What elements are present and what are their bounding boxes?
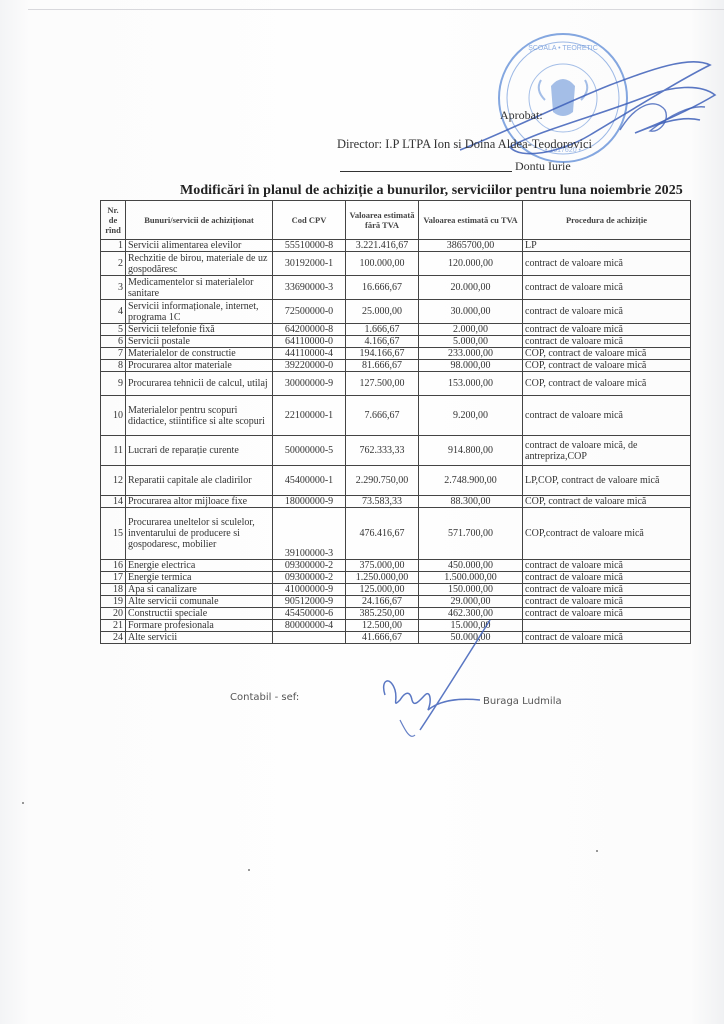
accountant-label: Contabil - sef: xyxy=(230,692,299,703)
accountant-name: Buraga Ludmila xyxy=(483,696,562,707)
value-vat: 20.000,00 xyxy=(419,276,523,300)
row-number: 17 xyxy=(101,572,126,584)
row-number: 8 xyxy=(101,360,126,372)
scan-edge xyxy=(28,9,724,10)
procedure: COP, contract de valoare mică xyxy=(523,360,691,372)
value-no-vat: 100.000,00 xyxy=(346,252,419,276)
value-vat: 150.000,00 xyxy=(419,584,523,596)
value-no-vat: 3.221.416,67 xyxy=(346,240,419,252)
director-line: Director: I.P LTPA Ion si Doina Aldea-Te… xyxy=(337,137,592,152)
value-no-vat: 194.166,67 xyxy=(346,348,419,360)
value-no-vat: 375.000,00 xyxy=(346,560,419,572)
cpv-code: 30192000-1 xyxy=(273,252,346,276)
cpv-code: 80000000-4 xyxy=(273,620,346,632)
value-vat: 88.300,00 xyxy=(419,496,523,508)
item-name: Rechzitie de birou, materiale de uz gosp… xyxy=(126,252,273,276)
table-row: 16Energie electrica09300000-2375.000,004… xyxy=(101,560,691,572)
cpv-code: 90512000-9 xyxy=(273,596,346,608)
item-name: Formare profesionala xyxy=(126,620,273,632)
row-number: 12 xyxy=(101,466,126,496)
procedure: COP, contract de valoare mică xyxy=(523,348,691,360)
table-row: 7 Materialelor de constructie44110000-41… xyxy=(101,348,691,360)
table-row: 14Procurarea altor mijloace fixe18000000… xyxy=(101,496,691,508)
item-name: Servicii informaționale, internet, progr… xyxy=(126,300,273,324)
cpv-code: 72500000-0 xyxy=(273,300,346,324)
header-nr: Nr. de rînd xyxy=(101,201,126,240)
row-number: 24 xyxy=(101,632,126,644)
row-number: 3 xyxy=(101,276,126,300)
cpv-code: 45400000-1 xyxy=(273,466,346,496)
table-row: 17Energie termica09300000-21.250.000,001… xyxy=(101,572,691,584)
value-no-vat: 125.000,00 xyxy=(346,584,419,596)
row-number: 1 xyxy=(101,240,126,252)
header-value-vat: Valoarea estimată cu TVA xyxy=(419,201,523,240)
table-row: 10Materialelor pentru scopuri didactice,… xyxy=(101,396,691,436)
procedure: contract de valoare mică xyxy=(523,276,691,300)
cpv-code: 64110000-0 xyxy=(273,336,346,348)
item-name: Lucrari de reparație curente xyxy=(126,436,273,466)
row-number: 14 xyxy=(101,496,126,508)
procedure: COP, contract de valoare mică xyxy=(523,496,691,508)
item-name: Medicamentelor si materialelor sanitare xyxy=(126,276,273,300)
row-number: 10 xyxy=(101,396,126,436)
header-cpv: Cod CPV xyxy=(273,201,346,240)
scan-dust xyxy=(248,869,250,871)
cpv-code: 22100000-1 xyxy=(273,396,346,436)
procedure: contract de valoare mică xyxy=(523,608,691,620)
cpv-code: 44110000-4 xyxy=(273,348,346,360)
table-header-row: Nr. de rînd Bunuri/servicii de achizițio… xyxy=(101,201,691,240)
procedure: COP,contract de valoare mică xyxy=(523,508,691,560)
header-value-no-vat: Valoarea estimată fără TVA xyxy=(346,201,419,240)
item-name: Materialelor pentru scopuri didactice, s… xyxy=(126,396,273,436)
row-number: 15 xyxy=(101,508,126,560)
value-vat: 120.000,00 xyxy=(419,252,523,276)
procedure: contract de valoare mică xyxy=(523,396,691,436)
table-row: 12Reparatii capitale ale cladirilor45400… xyxy=(101,466,691,496)
document-title: Modificări în planul de achiziție a bunu… xyxy=(180,183,683,199)
table-row: 4Servicii informaționale, internet, prog… xyxy=(101,300,691,324)
row-number: 5 xyxy=(101,324,126,336)
row-number: 7 xyxy=(101,348,126,360)
row-number: 19 xyxy=(101,596,126,608)
row-number: 4 xyxy=(101,300,126,324)
item-name: Servicii alimentarea elevilor xyxy=(126,240,273,252)
procedure: contract de valoare mică, de antrepriza,… xyxy=(523,436,691,466)
value-no-vat: 7.666,67 xyxy=(346,396,419,436)
item-name: Reparatii capitale ale cladirilor xyxy=(126,466,273,496)
item-name: Procurarea altor materiale xyxy=(126,360,273,372)
value-no-vat: 1.250.000,00 xyxy=(346,572,419,584)
table-row: 11Lucrari de reparație curente50000000-5… xyxy=(101,436,691,466)
header-name: Bunuri/servicii de achiziționat xyxy=(126,201,273,240)
value-no-vat: 476.416,67 xyxy=(346,508,419,560)
row-number: 20 xyxy=(101,608,126,620)
table-row: 8Procurarea altor materiale39220000-081.… xyxy=(101,360,691,372)
item-name: Procurarea altor mijloace fixe xyxy=(126,496,273,508)
item-name: Constructii speciale xyxy=(126,608,273,620)
item-name: Servicii postale xyxy=(126,336,273,348)
table-row: 6Servicii postale64110000-04.166,675.000… xyxy=(101,336,691,348)
item-name: Energie termica xyxy=(126,572,273,584)
table-row: 15Procurarea uneltelor si sculelor, inve… xyxy=(101,508,691,560)
value-vat: 233.000,00 xyxy=(419,348,523,360)
item-name: Procurarea uneltelor si sculelor, invent… xyxy=(126,508,273,560)
value-no-vat: 4.166,67 xyxy=(346,336,419,348)
scan-dust xyxy=(22,802,24,804)
row-number: 16 xyxy=(101,560,126,572)
cpv-code: 30000000-9 xyxy=(273,372,346,396)
cpv-code: 09300000-2 xyxy=(273,572,346,584)
value-vat: 2.748.900,00 xyxy=(419,466,523,496)
cpv-code: 39220000-0 xyxy=(273,360,346,372)
procedure: LP,COP, contract de valoare mică xyxy=(523,466,691,496)
scanned-page: ŞCOALA • TEORETIC • 1017620 • Aprobat: D… xyxy=(0,0,724,1024)
value-vat: 5.000,00 xyxy=(419,336,523,348)
item-name: Alte servicii xyxy=(126,632,273,644)
scan-dust xyxy=(596,850,598,852)
item-name: Energie electrica xyxy=(126,560,273,572)
table-row: 2Rechzitie de birou, materiale de uz gos… xyxy=(101,252,691,276)
value-vat: 2.000,00 xyxy=(419,324,523,336)
value-vat: 571.700,00 xyxy=(419,508,523,560)
cpv-code: 33690000-3 xyxy=(273,276,346,300)
procedure: contract de valoare mică xyxy=(523,560,691,572)
cpv-code: 39100000-3 xyxy=(273,508,346,560)
row-number: 9 xyxy=(101,372,126,396)
cpv-code: 45450000-6 xyxy=(273,608,346,620)
value-no-vat: 73.583,33 xyxy=(346,496,419,508)
value-no-vat: 81.666,67 xyxy=(346,360,419,372)
item-name: Alte servicii comunale xyxy=(126,596,273,608)
cpv-code: 50000000-5 xyxy=(273,436,346,466)
table-row: 3Medicamentelor si materialelor sanitare… xyxy=(101,276,691,300)
item-name: Materialelor de constructie xyxy=(126,348,273,360)
cpv-code xyxy=(273,632,346,644)
procedure: contract de valoare mică xyxy=(523,584,691,596)
value-no-vat: 762.333,33 xyxy=(346,436,419,466)
table-row: 18Apa si canalizare41000000-9125.000,001… xyxy=(101,584,691,596)
procedure: contract de valoare mică xyxy=(523,300,691,324)
value-no-vat: 1.666,67 xyxy=(346,324,419,336)
table-row: 9Procurarea tehnicii de calcul, utilaj30… xyxy=(101,372,691,396)
row-number: 18 xyxy=(101,584,126,596)
cpv-code: 55510000-8 xyxy=(273,240,346,252)
value-no-vat: 25.000,00 xyxy=(346,300,419,324)
signature-line xyxy=(340,171,512,172)
table-row: 5Servicii telefonie fixă64200000-81.666,… xyxy=(101,324,691,336)
value-vat: 30.000,00 xyxy=(419,300,523,324)
procedure: COP, contract de valoare mică xyxy=(523,372,691,396)
procedure: contract de valoare mică xyxy=(523,632,691,644)
item-name: Procurarea tehnicii de calcul, utilaj xyxy=(126,372,273,396)
cpv-code: 18000000-9 xyxy=(273,496,346,508)
director-signature-icon xyxy=(420,35,720,175)
row-number: 2 xyxy=(101,252,126,276)
value-vat: 153.000,00 xyxy=(419,372,523,396)
row-number: 6 xyxy=(101,336,126,348)
value-vat: 1.500.000,00 xyxy=(419,572,523,584)
accountant-signature-icon xyxy=(370,600,510,750)
value-vat: 98.000,00 xyxy=(419,360,523,372)
procedure: contract de valoare mică xyxy=(523,324,691,336)
item-name: Servicii telefonie fixă xyxy=(126,324,273,336)
row-number: 21 xyxy=(101,620,126,632)
item-name: Apa si canalizare xyxy=(126,584,273,596)
cpv-code: 09300000-2 xyxy=(273,560,346,572)
procedure: contract de valoare mică xyxy=(523,336,691,348)
value-vat: 914.800,00 xyxy=(419,436,523,466)
procedure: LP xyxy=(523,240,691,252)
value-no-vat: 127.500,00 xyxy=(346,372,419,396)
procedure: contract de valoare mică xyxy=(523,572,691,584)
value-no-vat: 16.666,67 xyxy=(346,276,419,300)
cpv-code: 64200000-8 xyxy=(273,324,346,336)
value-vat: 9.200,00 xyxy=(419,396,523,436)
procedure: contract de valoare mică xyxy=(523,252,691,276)
value-no-vat: 2.290.750,00 xyxy=(346,466,419,496)
value-vat: 450.000,00 xyxy=(419,560,523,572)
director-name: Dontu Iurie xyxy=(515,159,571,174)
value-vat: 3865700,00 xyxy=(419,240,523,252)
procurement-table: Nr. de rînd Bunuri/servicii de achizițio… xyxy=(100,200,691,644)
approved-label: Aprobat: xyxy=(500,108,543,123)
header-procedure: Procedura de achiziție xyxy=(523,201,691,240)
cpv-code: 41000000-9 xyxy=(273,584,346,596)
table-row: 1Servicii alimentarea elevilor55510000-8… xyxy=(101,240,691,252)
procedure: contract de valoare mică xyxy=(523,596,691,608)
procedure xyxy=(523,620,691,632)
row-number: 11 xyxy=(101,436,126,466)
